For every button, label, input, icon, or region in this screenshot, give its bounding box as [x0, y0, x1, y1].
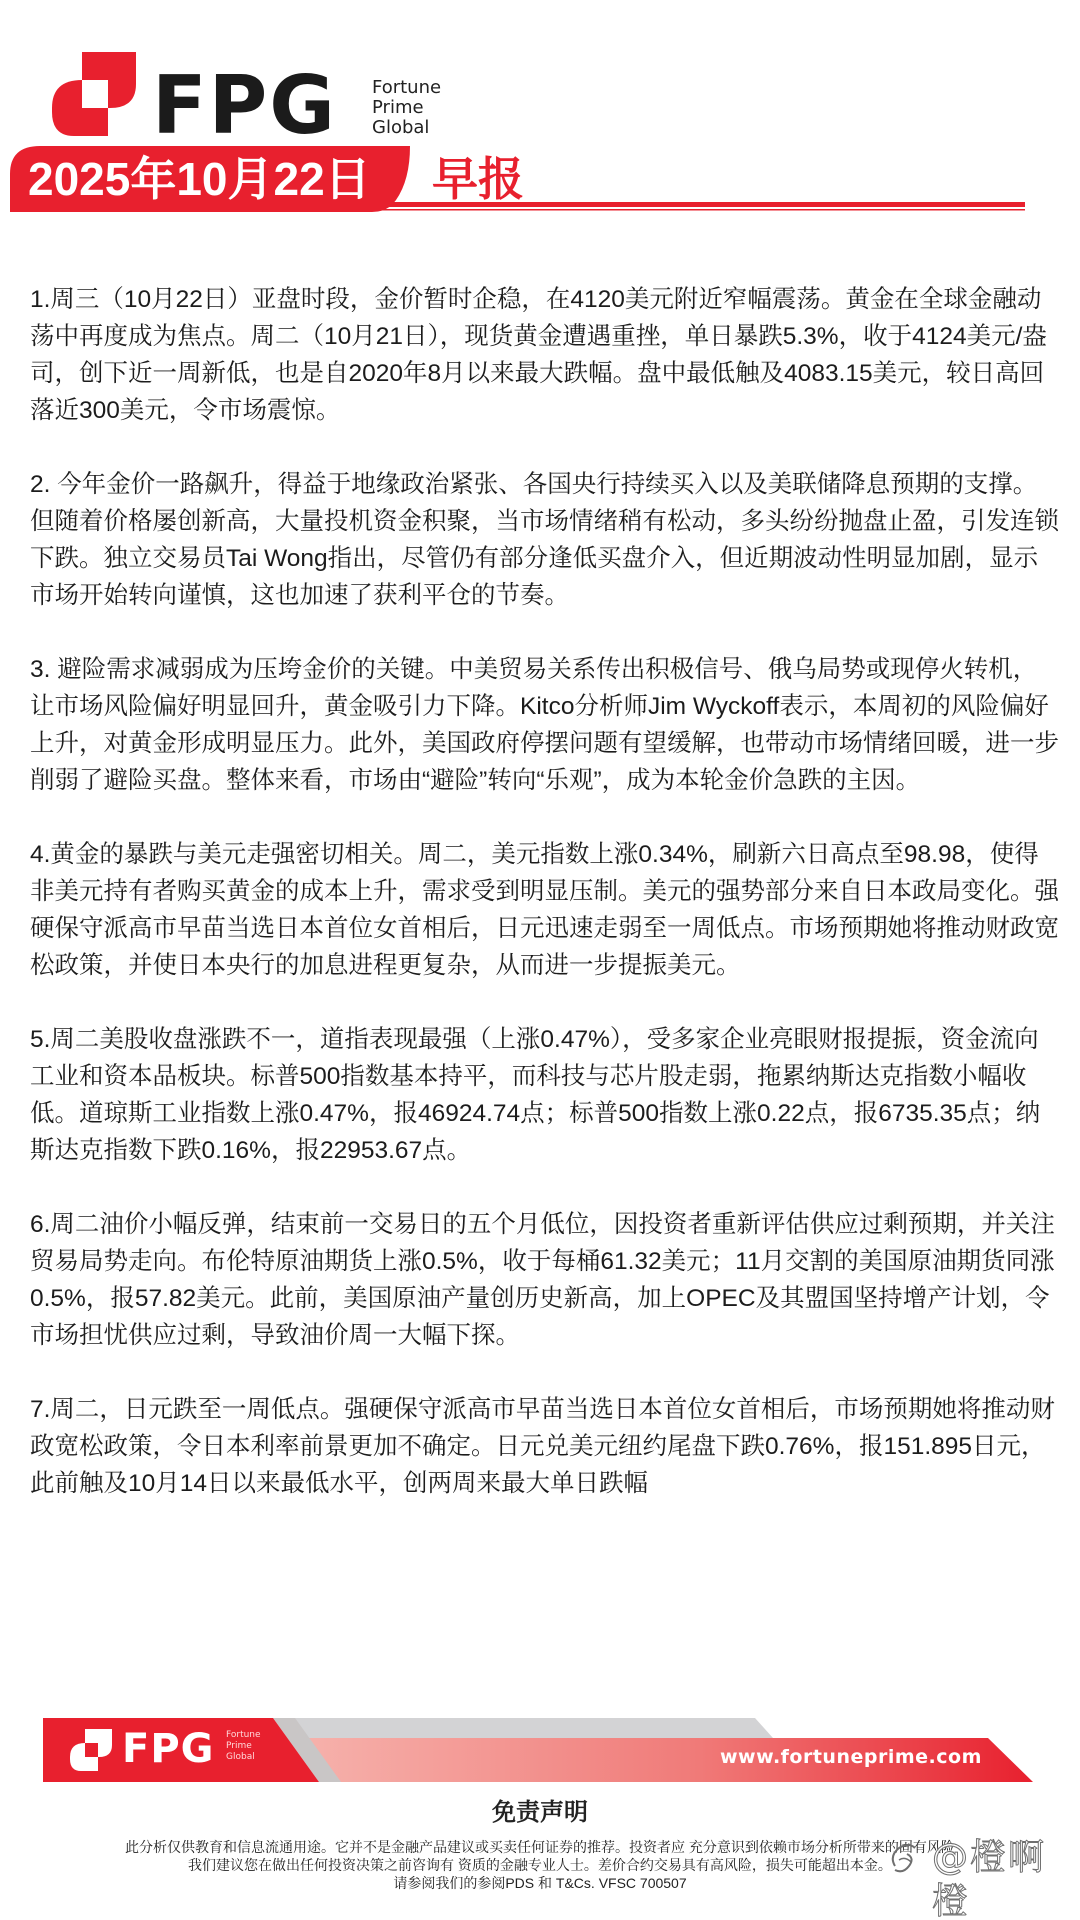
footer-brand-subtitle-line: Global — [226, 1752, 261, 1763]
footer-brand-wordmark: FPG — [122, 1727, 214, 1771]
brand-wordmark: FPG — [152, 66, 337, 146]
paragraph-safe-haven: 3. 避险需求减弱成为压垮金价的关键。中美贸易关系传出积极信号、俄乌局势或现停火… — [30, 651, 1060, 799]
report-date: 2025年10月22日 — [28, 150, 371, 208]
brand-subtitle-line: Global — [372, 118, 441, 138]
footer-brand-subtitle-line: Fortune — [226, 1730, 261, 1741]
brand-subtitle: Fortune Prime Global — [372, 78, 441, 138]
footer-brand-subtitle-line: Prime — [226, 1741, 261, 1752]
fpg-logo-icon — [52, 52, 136, 136]
footer-fpg-logo-icon — [70, 1729, 112, 1771]
paragraph-us-stocks: 5.周二美股收盘涨跌不一，道指表现最强（上涨0.47%），受多家企业亮眼财报提振… — [30, 1021, 1060, 1169]
paragraph-gold-rally: 2. 今年金价一路飙升，得益于地缘政治紧张、各国央行持续买入以及美联储降息预期的… — [30, 466, 1060, 614]
watermark-text: @橙啊橙 — [932, 1836, 1080, 1920]
paragraph-usd: 4.黄金的暴跌与美元走强密切相关。周二，美元指数上涨0.34%，刷新六日高点至9… — [30, 836, 1060, 984]
report-title: 早报 — [432, 150, 524, 208]
paragraph-gold-price: 1.周三（10月22日）亚盘时段，金价暂时企稳，在4120美元附近窄幅震荡。黄金… — [30, 281, 1060, 429]
paragraph-yen: 7.周二，日元跌至一周低点。强硬保守派高市早苗当选日本首位女首相后，市场预期她将… — [30, 1391, 1060, 1502]
brand-subtitle-line: Prime — [372, 98, 441, 118]
footer-brand-subtitle: Fortune Prime Global — [226, 1730, 261, 1763]
weibo-icon — [885, 1836, 931, 1882]
paragraph-oil: 6.周二油价小幅反弹，结束前一交易日的五个月低位，因投资者重新评估供应过剩预期，… — [30, 1206, 1060, 1354]
disclaimer-title: 免责声明 — [0, 1798, 1080, 1828]
website-link[interactable]: www.fortuneprime.com — [720, 1742, 982, 1772]
brand-subtitle-line: Fortune — [372, 78, 441, 98]
article-body: 1.周三（10月22日）亚盘时段，金价暂时企稳，在4120美元附近窄幅震荡。黄金… — [30, 281, 1060, 1539]
